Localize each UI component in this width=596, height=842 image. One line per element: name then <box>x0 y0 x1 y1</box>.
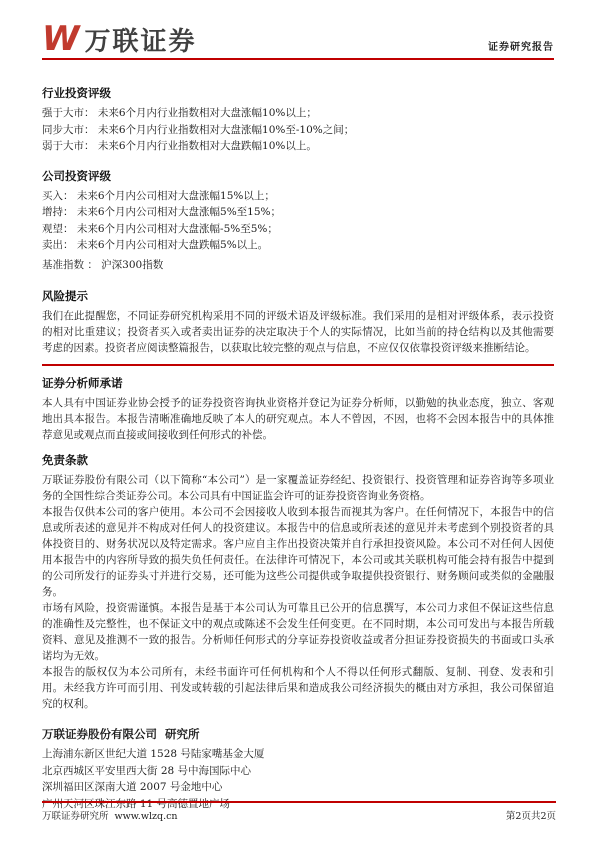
section-disclaimer: 免责条款 万联证券股份有限公司（以下简称“本公司”）是一家覆盖证券经纪、投资银行… <box>42 453 554 712</box>
address-shenzhen: 深圳福田区深南大道 2007 号金地中心 <box>42 779 554 796</box>
logo-company-name: 万联证券 <box>85 27 197 57</box>
disclaimer-paragraph: 市场有风险，投资需谨慎。本报告是基于本公司认为可靠且已公开的信息撰写，本公司力求… <box>42 600 554 664</box>
footer-page-number: 第2页共2页 <box>506 808 556 822</box>
company-info-title: 万联证券股份有限公司 研究所 <box>42 726 554 742</box>
industry-rating-line: 同步大市： 未来6个月内行业指数相对大盘涨幅10%至-10%之间； <box>42 122 554 139</box>
footer-institute-url: 万联证券研究所 www.wlzq.cn <box>42 808 178 822</box>
disclaimer-paragraph: 本报告仅供本公司的客户使用。本公司不会因接收人收到本报告而视其为客户。在任何情况… <box>42 504 554 600</box>
page-content: 行业投资评级 强于大市： 未来6个月内行业指数相对大盘涨幅10%以上； 同步大市… <box>0 86 596 356</box>
industry-rating-line: 弱于大市： 未来6个月内行业指数相对大盘跌幅10%以上。 <box>42 138 554 155</box>
company-rating-line: 卖出： 未来6个月内公司相对大盘跌幅5%以上。 <box>42 237 554 254</box>
section-analyst-pledge: 证券分析师承诺 本人具有中国证券业协会授予的证券投资咨询执业资格并登记为证券分析… <box>42 376 554 443</box>
section-risk-notice: 风险提示 我们在此提醒您，不同证券研究机构采用不同的评级术语及评级标准。我们采用… <box>42 289 554 356</box>
address-beijing: 北京西城区平安里西大街 28 号中海国际中心 <box>42 763 554 780</box>
section-company-info: 万联证券股份有限公司 研究所 上海浦东新区世纪大道 1528 号陆家嘴基金大厦 … <box>42 726 554 812</box>
disclaimer-paragraph: 万联证券股份有限公司（以下简称“本公司”）是一家覆盖证券经纪、投资银行、投资管理… <box>42 472 554 504</box>
risk-notice-body: 我们在此提醒您，不同证券研究机构采用不同的评级术语及评级标准。我们采用的是相对评… <box>42 308 554 356</box>
company-rating-title: 公司投资评级 <box>42 169 554 184</box>
page-content-lower: 证券分析师承诺 本人具有中国证券业协会授予的证券投资咨询执业资格并登记为证券分析… <box>0 376 596 812</box>
page-header: W 万联证券 证券研究报告 <box>42 24 554 60</box>
section-company-rating: 公司投资评级 买入： 未来6个月内公司相对大盘涨幅15%以上； 增持： 未来6个… <box>42 169 554 274</box>
section-industry-rating: 行业投资评级 强于大市： 未来6个月内行业指数相对大盘涨幅10%以上； 同步大市… <box>42 86 554 155</box>
industry-rating-line: 强于大市： 未来6个月内行业指数相对大盘涨幅10%以上； <box>42 105 554 122</box>
report-type-label: 证券研究报告 <box>488 38 554 57</box>
company-rating-line: 买入： 未来6个月内公司相对大盘涨幅15%以上； <box>42 188 554 205</box>
company-rating-line: 观望： 未来6个月内公司相对大盘涨幅-5%至5%； <box>42 221 554 238</box>
company-rating-line: 增持： 未来6个月内公司相对大盘涨幅5%至15%； <box>42 204 554 221</box>
benchmark-index-line: 基准指数 ： 沪深300指数 <box>42 257 554 274</box>
disclaimer-title: 免责条款 <box>42 453 554 468</box>
red-divider-rule <box>42 364 554 366</box>
page-footer: 万联证券研究所 www.wlzq.cn 第2页共2页 <box>42 801 556 822</box>
report-page: W 万联证券 证券研究报告 行业投资评级 强于大市： 未来6个月内行业指数相对大… <box>0 0 596 842</box>
address-shanghai: 上海浦东新区世纪大道 1528 号陆家嘴基金大厦 <box>42 746 554 763</box>
risk-notice-title: 风险提示 <box>42 289 554 304</box>
company-logo: W 万联证券 <box>42 24 197 57</box>
analyst-pledge-title: 证券分析师承诺 <box>42 376 554 391</box>
logo-w-icon: W <box>42 24 80 54</box>
disclaimer-paragraph: 本报告的版权仅为本公司所有，未经书面许可任何机构和个人不得以任何形式翻版、复制、… <box>42 664 554 712</box>
industry-rating-title: 行业投资评级 <box>42 86 554 101</box>
analyst-pledge-body: 本人具有中国证券业协会授予的证券投资咨询执业资格并登记为证券分析师，以勤勉的执业… <box>42 395 554 443</box>
